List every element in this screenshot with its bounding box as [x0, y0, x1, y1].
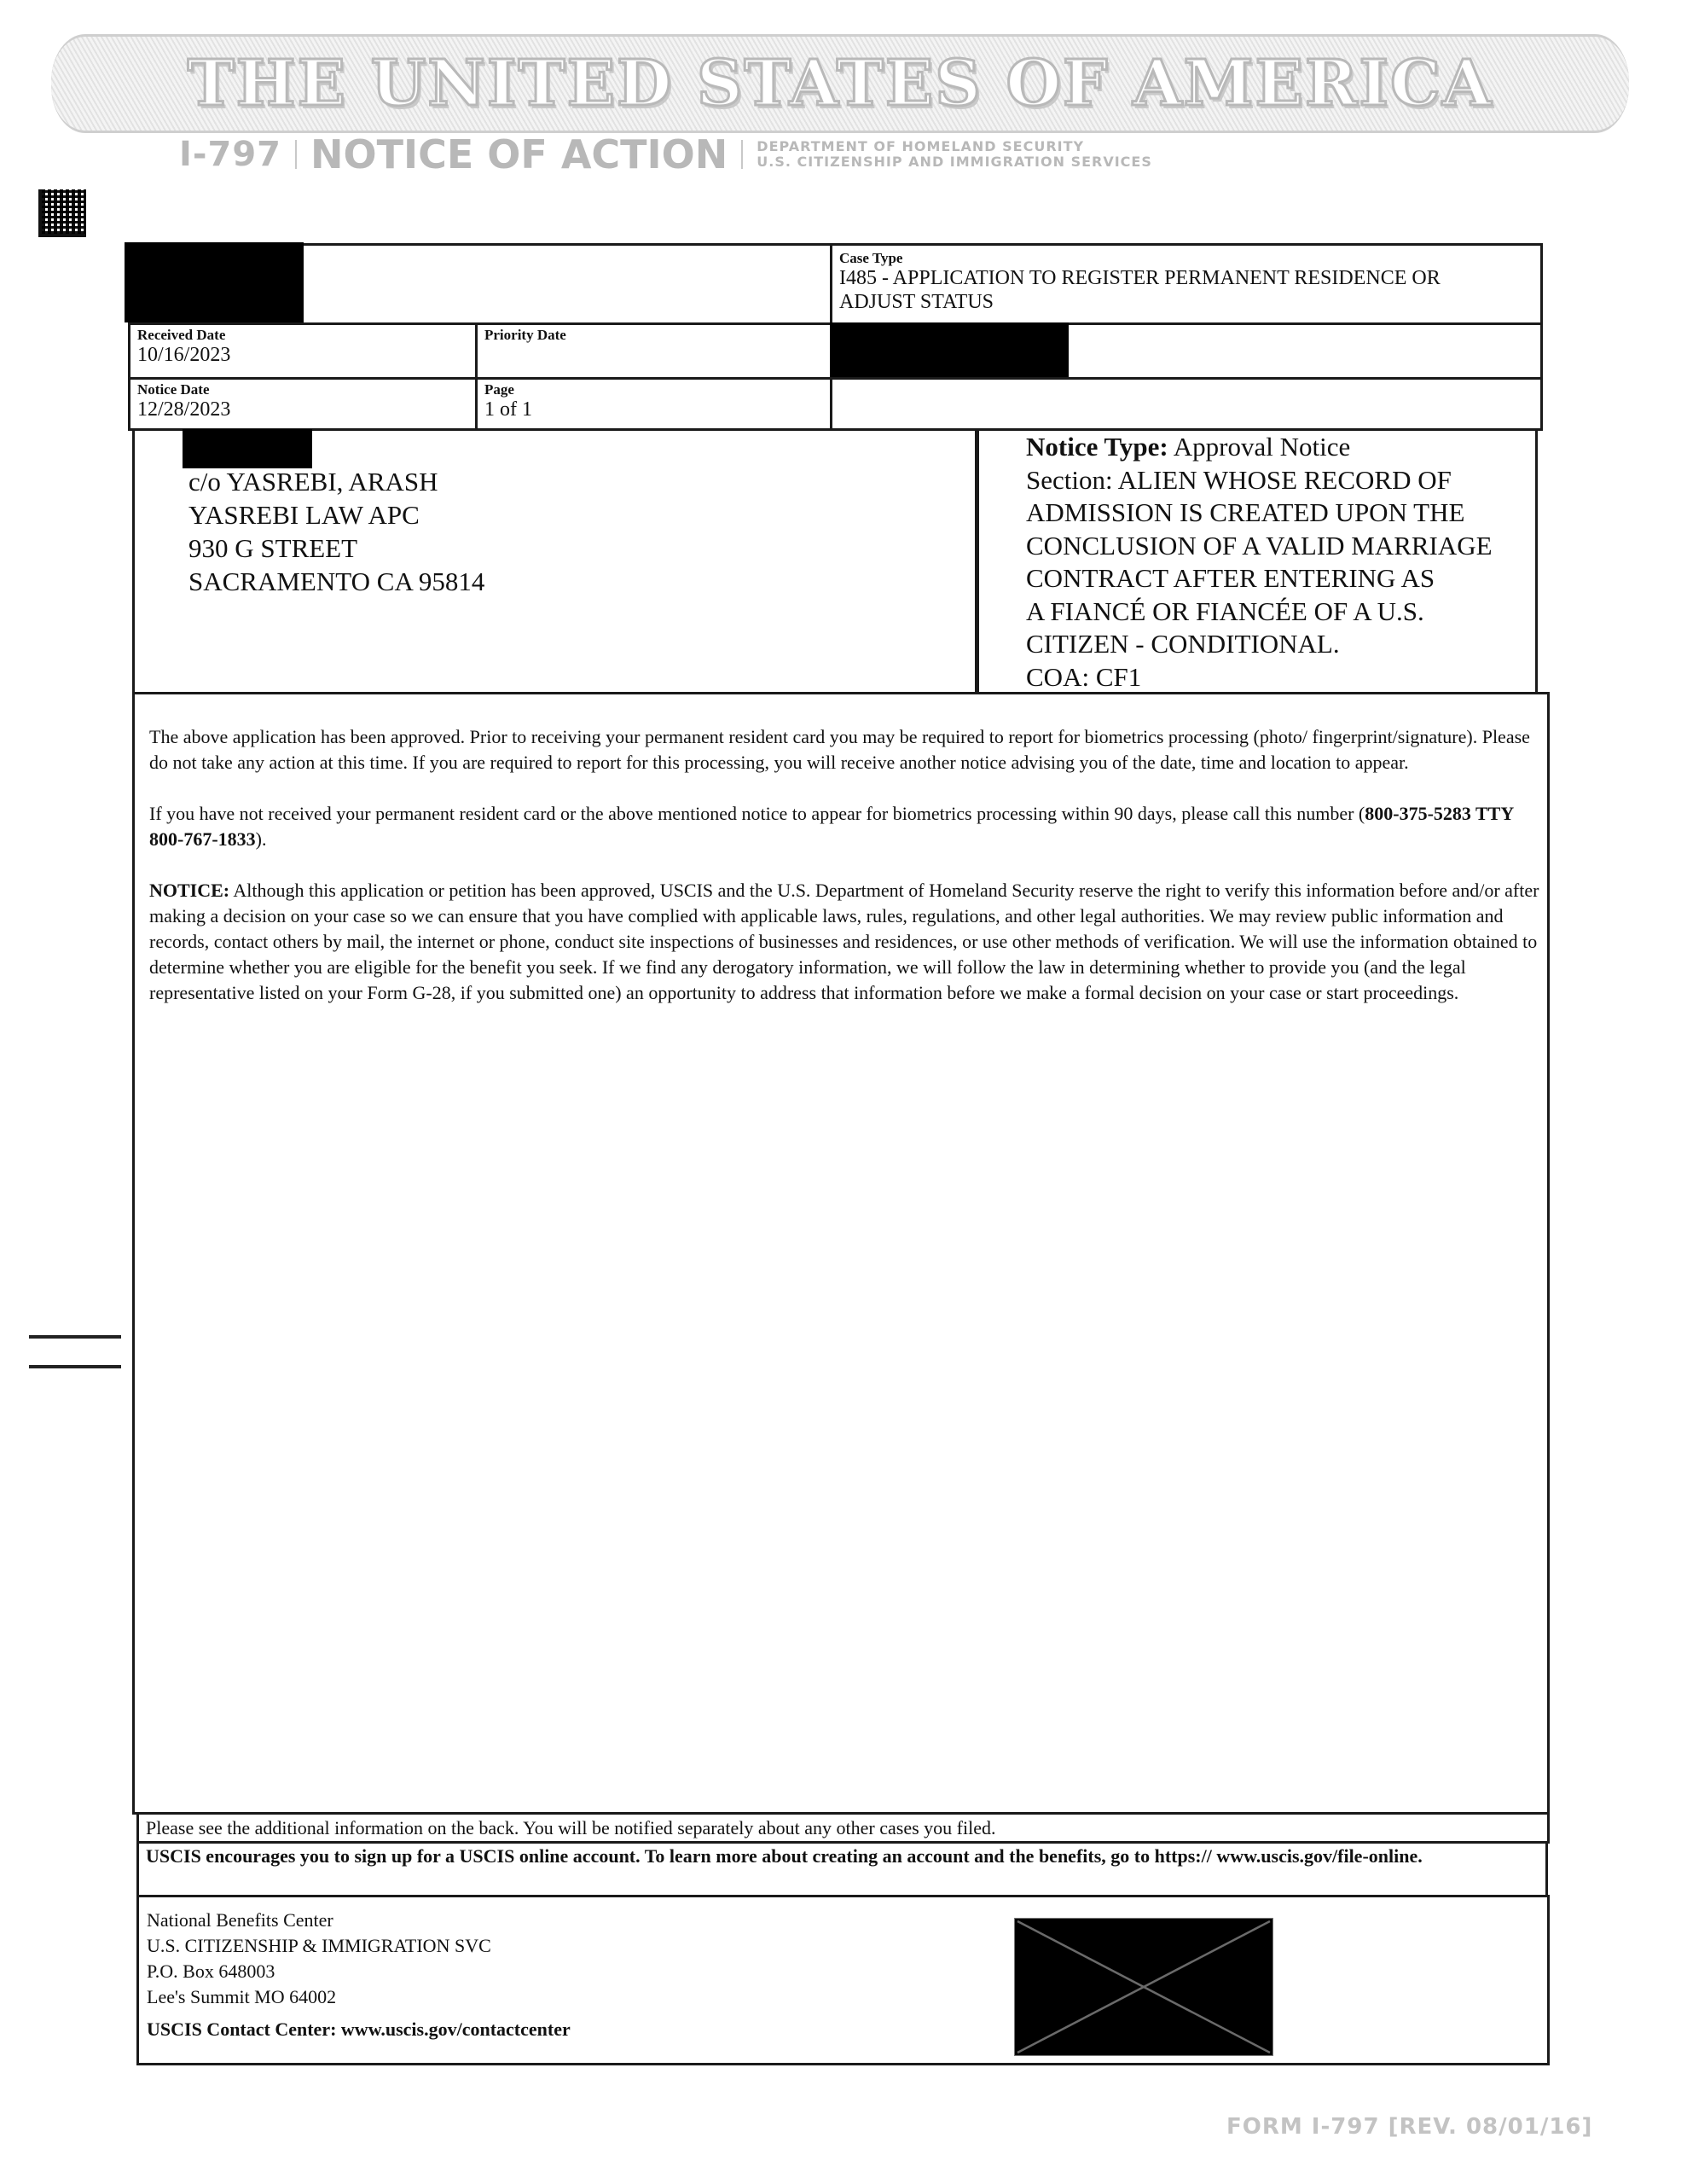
notice-body-box: The above application has been approved.… [132, 692, 1550, 1815]
blank-cell [830, 377, 1543, 431]
contact-center-link[interactable]: USCIS Contact Center: www.uscis.gov/cont… [147, 2017, 571, 2042]
received-date-cell: Received Date 10/16/2023 [128, 322, 478, 380]
additional-info-text: Please see the additional information on… [146, 1815, 1540, 1841]
mailing-address: c/o YASREBI, ARASH YASREBI LAW APC 930 G… [188, 465, 484, 598]
notice-type-details: Notice Type: Approval Notice Section: AL… [1026, 431, 1493, 694]
section-line: CONTRACT AFTER ENTERING AS [1026, 562, 1493, 595]
received-date-label: Received Date [137, 328, 468, 343]
form-revision: FORM I-797 [REV. 08/01/16] [1226, 2114, 1592, 2140]
address-line: c/o YASREBI, ARASH [188, 465, 484, 498]
registration-mark [29, 1335, 121, 1339]
biometrics-paragraph: If you have not received your permanent … [149, 801, 1539, 852]
approval-paragraph: The above application has been approved.… [149, 724, 1539, 775]
notice-type-label: Notice Type: [1026, 432, 1168, 462]
registration-mark [29, 1365, 121, 1368]
notice-type-value: Approval Notice [1174, 432, 1350, 462]
banner-title: THE UNITED STATES OF AMERICA [188, 47, 1493, 120]
address-line: 930 G STREET [188, 531, 484, 565]
address-line: YASREBI LAW APC [188, 498, 484, 531]
redaction-x-icon [1015, 1919, 1272, 2055]
notice-type: Notice Type: Approval Notice [1026, 431, 1493, 464]
case-type-value: I485 - APPLICATION TO REGISTER PERMANENT… [839, 266, 1487, 314]
office-line: P.O. Box 648003 [147, 1959, 571, 1984]
section-line: CITIZEN - CONDITIONAL. [1026, 628, 1493, 661]
form-header: I-797 NOTICE OF ACTION DEPARTMENT OF HOM… [179, 133, 1152, 176]
section-line: Section: ALIEN WHOSE RECORD OF [1026, 464, 1493, 497]
mailing-address-box: c/o YASREBI, ARASH YASREBI LAW APC 930 G… [132, 428, 979, 694]
notice-type-box: Notice Type: Approval Notice Section: AL… [975, 428, 1538, 694]
agency-name: DEPARTMENT OF HOMELAND SECURITY U.S. CIT… [757, 139, 1152, 170]
section-line: CONCLUSION OF A VALID MARRIAGE [1026, 530, 1493, 563]
recipient-name-redaction [183, 429, 312, 468]
service-center-address: National Benefits Center U.S. CITIZENSHI… [147, 1908, 571, 2042]
signature-redaction [1014, 1918, 1273, 2056]
section-line: ADMISSION IS CREATED UPON THE [1026, 497, 1493, 530]
priority-date-cell: Priority Date [475, 322, 832, 380]
page-cell: Page 1 of 1 [475, 377, 832, 431]
notice-date-value: 12/28/2023 [137, 398, 468, 421]
datamatrix-barcode-icon [38, 189, 86, 237]
case-type-label: Case Type [839, 251, 1533, 266]
additional-info-row: Please see the additional information on… [136, 1812, 1550, 1844]
received-date-value: 10/16/2023 [137, 343, 468, 367]
form-title: NOTICE OF ACTION [310, 131, 728, 177]
office-line: U.S. CITIZENSHIP & IMMIGRATION SVC [147, 1933, 571, 1959]
office-line: Lee's Summit MO 64002 [147, 1984, 571, 2010]
address-line: SACRAMENTO CA 95814 [188, 565, 484, 598]
notice-label: NOTICE: [149, 880, 229, 901]
header-divider [741, 140, 743, 169]
header-divider [295, 140, 297, 169]
government-seal-banner: THE UNITED STATES OF AMERICA [51, 34, 1629, 133]
priority-date-label: Priority Date [484, 328, 823, 343]
notice-date-label: Notice Date [137, 382, 468, 398]
form-number: I-797 [179, 135, 281, 174]
agency-line-1: DEPARTMENT OF HOMELAND SECURITY [757, 138, 1084, 154]
applicant-redaction [830, 322, 1069, 377]
case-type-cell: Case Type I485 - APPLICATION TO REGISTER… [830, 243, 1543, 325]
online-account-text: USCIS encourages you to sign up for a US… [146, 1844, 1476, 1869]
section-line: A FIANCÉ OR FIANCÉE OF A U.S. [1026, 595, 1493, 629]
page-value: 1 of 1 [484, 398, 823, 421]
notice-date-cell: Notice Date 12/28/2023 [128, 377, 478, 431]
class-of-admission: COA: CF1 [1026, 661, 1493, 694]
receipt-number-redaction [125, 242, 304, 322]
agency-line-2: U.S. CITIZENSHIP AND IMMIGRATION SERVICE… [757, 154, 1152, 170]
service-center-box: National Benefits Center U.S. CITIZENSHI… [136, 1895, 1550, 2065]
verification-notice-paragraph: NOTICE: Although this application or pet… [149, 878, 1539, 1006]
page-label: Page [484, 382, 823, 398]
office-line: National Benefits Center [147, 1908, 571, 1933]
notice-body: The above application has been approved.… [149, 724, 1539, 1031]
online-account-row: USCIS encourages you to sign up for a US… [136, 1841, 1548, 1897]
